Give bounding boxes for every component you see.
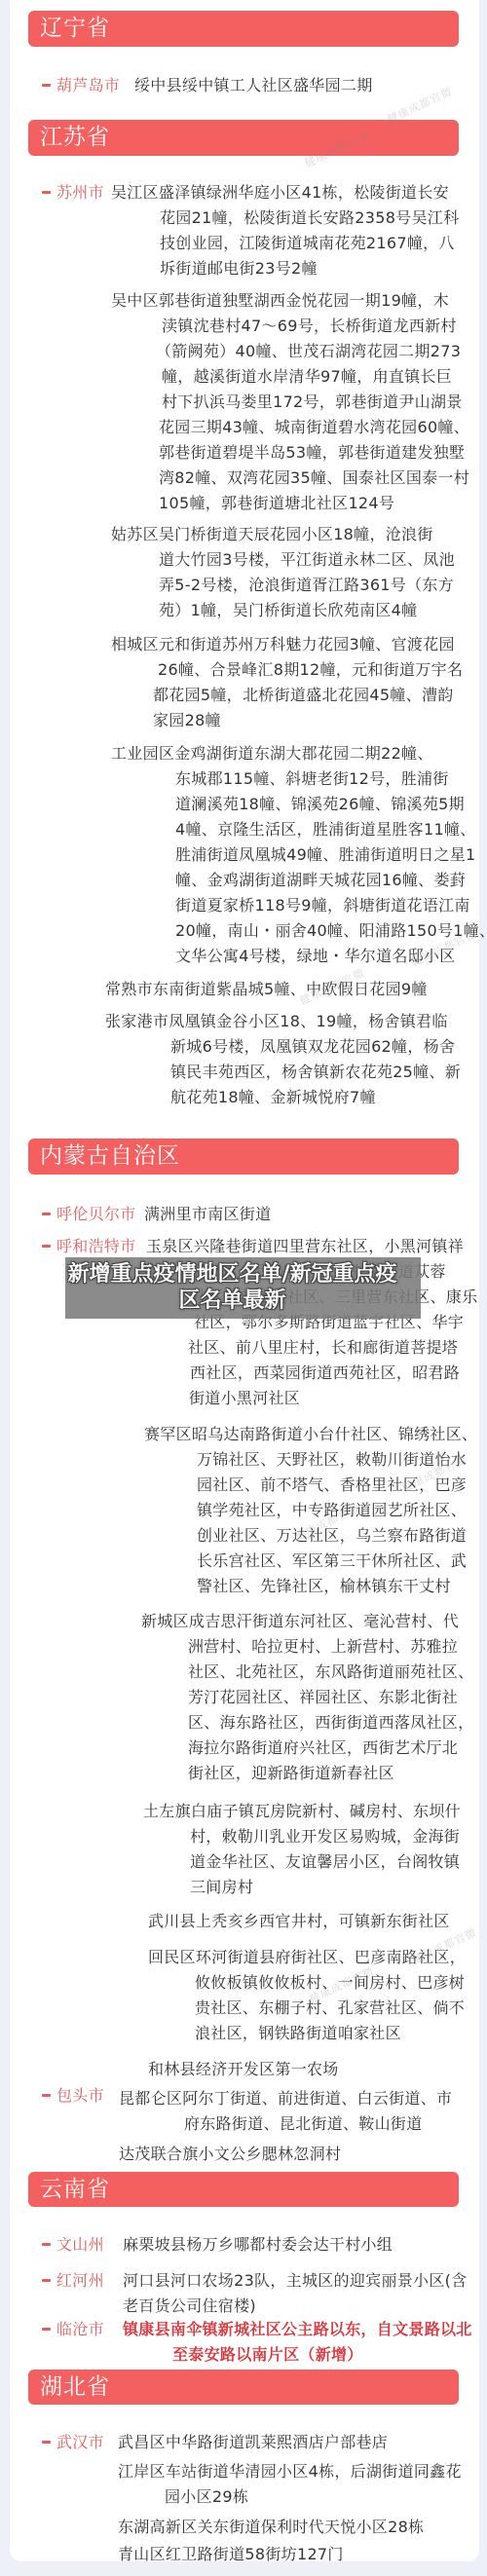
address-line: 胜浦街道凤凰城49幢、胜浦街道明日之星1 xyxy=(111,842,487,868)
address-line: 海拉尔路街道府兴社区，西街艺术厅北 xyxy=(141,1736,477,1761)
address-line: 幢、金鸡湖街道湖畔天城花园16幢、娄葑 xyxy=(111,868,487,893)
address-line: 东城郡115幢、斜塘老街12号，胜浦街 xyxy=(111,766,487,792)
address-line: 街道夏家桥118号9幢，斜塘街道花语江南 xyxy=(111,893,487,918)
title-overlay: 新增重点疫情地区名单/新冠重点疫 区名单最新 xyxy=(65,1257,421,1319)
address-list: 绥中县绥中镇工人社区盛华园二期 xyxy=(134,73,373,98)
address-entry: 工业园区金鸡湖街道东湖大郡花园二期22幢、 东城郡115幢、斜塘老街12号，胜浦… xyxy=(111,741,487,969)
city-name: 红河州 xyxy=(56,2271,104,2290)
address-line: 警社区、先锋社区，榆林镇东干丈村 xyxy=(144,1574,477,1599)
address-line: 西社区，西菜园街道西苑社区，昭君路 xyxy=(146,1361,477,1386)
address-line: 浪社区，钢铁路街道咱家社区 xyxy=(148,2021,477,2046)
address-line: 东湖高新区关东街道保利时代天悦小区28栋 xyxy=(118,2515,462,2540)
address-entry: 满洲里市南区街道 xyxy=(144,1202,271,1227)
address-line: 都花园5幢，北桥街道盛北花园45幢、漕韵 xyxy=(111,683,487,708)
address-line: 长乐宫社区、军区第三干休所社区、武 xyxy=(144,1549,477,1574)
address-line: 20幢，南山・丽舍40幢、阳浦路150号1幢、 xyxy=(111,918,487,944)
address-entry: 相城区元和街道苏州万科魅力花园3幢、官渡花园 26幢、合景峰汇8期12幢，元和街… xyxy=(111,632,487,733)
address-line: 玉泉区兴隆巷街道四里营东社区，小黑河镇祥 xyxy=(146,1234,477,1259)
address-line: 洲营村、哈拉更村、上新营村、苏雅拉 xyxy=(141,1634,477,1660)
address-line: 湾82幢、双湾花园35幢、国泰社区国泰一村 xyxy=(111,466,487,491)
address-line: 社区、北苑社区，东风路街道丽苑社区、 xyxy=(141,1660,477,1685)
address-line: 镇民丰苑西区，杨舍镇新农花苑25幢、新 xyxy=(105,1060,487,1085)
address-line: 武昌区中华路街道凯莱熙酒店户部巷店 xyxy=(118,2430,462,2455)
city-name: 呼伦贝尔市 xyxy=(56,1205,136,1223)
dash-bullet-icon xyxy=(42,1213,51,1215)
city-name: 文山州 xyxy=(56,2235,104,2254)
address-entry: 江岸区车站街道华清园小区4栋，后湖街道同鑫花 园小区29栋 xyxy=(118,2459,462,2510)
address-line: 赛罕区昭乌达南路街道小台什社区、锦绣社区、 xyxy=(144,1422,477,1447)
address-line: 花园三期43幢、城南街道碧水湾花园60幢、 xyxy=(111,415,487,440)
province-header-hubei: 湖北省 xyxy=(28,2370,459,2405)
address-line: 河口县河口农场23队，主城区的迎宾丽景小区(含 xyxy=(123,2268,468,2294)
address-line: 府东路街道、昆北街道、鞍山街道 xyxy=(119,2111,452,2137)
address-list: 武昌区中华路街道凯莱熙酒店户部巷店 江岸区车站街道华清园小区4栋，后湖街道同鑫花… xyxy=(118,2430,462,2567)
address-line: 技创业园，江陵街道城南花苑2167幢，八 xyxy=(111,231,487,256)
address-entry: 赛罕区昭乌达南路街道小台什社区、锦绣社区、 万锦社区、天野社区，敕勒川街道怡水 … xyxy=(144,1422,477,1599)
dash-bullet-icon xyxy=(42,2279,51,2282)
address-entry: 东湖高新区关东街道保利时代天悦小区28栋 xyxy=(118,2515,462,2540)
city-label: 呼伦贝尔市 xyxy=(42,1202,136,1227)
address-line: 道大竹园3号楼，平江街道永林二区、凤池 xyxy=(111,547,487,573)
address-line: 村，敕勒川乳业开发区易购城，金海街 xyxy=(143,1824,477,1849)
address-line: 26幢、合景峰汇8期12幢，元和街道万宇名 xyxy=(111,657,487,683)
address-entry: 和林县经济开发区第一农场 xyxy=(148,2057,477,2082)
address-line: 渎镇沈巷村47～69号，长桥街道龙西新村 xyxy=(111,314,487,339)
address-entry: 青山区红卫路街道58街坊127门 xyxy=(118,2542,462,2567)
address-line: 昆都仑区阿尔丁街道、前进街道、白云街道、市 xyxy=(119,2086,452,2111)
address-line: 社区、前八里庄村，长和廊街道菩提塔 xyxy=(146,1335,477,1361)
address-line: 满洲里市南区街道 xyxy=(144,1202,271,1227)
city-label: 红河州 xyxy=(42,2268,104,2294)
dash-bullet-icon xyxy=(42,84,51,87)
address-line: 花园21幢，松陵街道长安路2358号吴江科 xyxy=(111,205,487,231)
address-line: 道澜溪苑18幢、锦溪苑26幢、锦溪苑5期 xyxy=(111,792,487,817)
address-line: 青山区红卫路街道58街坊127门 xyxy=(118,2542,462,2567)
address-entry: 河口县河口农场23队，主城区的迎宾丽景小区(含 老百货公司住宿楼) xyxy=(123,2268,468,2319)
city-name: 包头市 xyxy=(56,2086,104,2105)
address-line: 芳汀花园社区、祥园社区、东影北街社 xyxy=(141,1685,477,1710)
address-line: 4幢、京隆生活区，胜浦街道星胜客11幢、 xyxy=(111,817,487,842)
city-name: 呼和浩特市 xyxy=(56,1237,136,1255)
city-label: 临沧市 xyxy=(42,2317,104,2342)
address-entry: 吴中区郭巷街道独墅湖西金悦花园一期19幢，木 渎镇沈巷村47～69号，长桥街道龙… xyxy=(111,288,487,516)
address-entry: 土左旗白庙子镇瓦房院新村、碱房村、东坝什 村，敕勒川乳业开发区易购城，金海街 道… xyxy=(143,1799,477,1900)
city-label: 文山州 xyxy=(42,2232,104,2258)
city-label: 苏州市 xyxy=(42,180,104,205)
address-line: 常熟市东南街道紫晶城5幢、中欧假日花园9幢 xyxy=(105,977,487,1002)
city-name: 葫芦岛市 xyxy=(56,76,120,94)
address-line: 工业园区金鸡湖街道东湖大郡花园二期22幢、 xyxy=(111,741,487,766)
city-label: 呼和浩特市 xyxy=(42,1234,136,1259)
address-line: 弄5-2号楼，沧浪街道胥江路361号（东方 xyxy=(111,573,487,598)
address-line: 苑）1幢，吴门桥街道长欣苑南区4幢 xyxy=(111,598,487,623)
address-line: 家园28幢 xyxy=(111,708,487,733)
dash-bullet-icon xyxy=(42,2328,51,2331)
address-line: 土左旗白庙子镇瓦房院新村、碱房村、东坝什 xyxy=(143,1799,477,1824)
city-name: 武汉市 xyxy=(56,2433,104,2451)
address-line: 三间房村 xyxy=(143,1875,477,1900)
address-line: 镇学苑社区，中专路街道园艺所社区、 xyxy=(144,1498,477,1523)
address-line: 航花苑18幢、金新城悦府7幢 xyxy=(105,1085,487,1110)
address-line: 新城6号楼，凤凰镇双龙花园62幢，杨舍 xyxy=(105,1034,487,1060)
dash-bullet-icon xyxy=(42,2441,51,2444)
address-entry: 麻栗坡县杨万乡哪都村委会达干村小组 xyxy=(123,2232,393,2258)
overlay-title-line: 新增重点疫情地区名单/新冠重点疫 xyxy=(65,1261,399,1288)
address-line: 老百货公司住宿楼) xyxy=(123,2294,468,2319)
city-label: 包头市 xyxy=(42,2083,104,2109)
address-line: 相城区元和街道苏州万科魅力花园3幢、官渡花园 xyxy=(111,632,487,657)
address-entry: 新城区成吉思汗街道东河社区、毫沁营村、代 洲营村、哈拉更村、上新营村、苏雅拉 社… xyxy=(141,1609,477,1786)
address-line: 郭巷街道碧堤半岛53幢，郭巷街道建发独墅 xyxy=(111,440,487,466)
address-entry: 张家港市凤凰镇金谷小区18、19幢，杨舍镇君临 新城6号楼，凤凰镇双龙花园62幢… xyxy=(105,1009,487,1110)
address-line: 吴中区郭巷街道独墅湖西金悦花园一期19幢，木 xyxy=(111,288,487,314)
address-line: 武川县上秃亥乡西官井村，可镇新东街社区 xyxy=(148,1909,477,1934)
address-list: 河口县河口农场23队，主城区的迎宾丽景小区(含 老百货公司住宿楼) xyxy=(123,2268,468,2319)
address-line: 105幢，郭巷街道塘北社区124号 xyxy=(111,491,487,516)
address-line: 道金华社区、友谊馨居小区，台阁牧镇 xyxy=(143,1849,477,1875)
address-entry: 达茂联合旗小文公乡腮林忽洞村 xyxy=(119,2142,452,2167)
address-line: 区、海东路社区，西街街道西落凤社区， xyxy=(141,1710,477,1736)
province-header-yunnan: 云南省 xyxy=(28,2172,459,2207)
address-line: 镇康县南伞镇新城社区公主路以东，自文景路以北 xyxy=(123,2317,472,2342)
address-line: 村下扒浜马娄里172号，郭巷街道尹山湖景 xyxy=(111,390,487,415)
address-line: 姑苏区吴门桥街道天辰花园小区18幢，沧浪街 xyxy=(111,522,487,547)
address-line: 幢，越溪街道水岸清华97幢，甪直镇长巨 xyxy=(111,364,487,390)
address-entry: 绥中县绥中镇工人社区盛华园二期 xyxy=(134,73,373,98)
city-name: 临沧市 xyxy=(56,2320,104,2338)
dash-bullet-icon xyxy=(42,2243,51,2246)
address-list: 吴江区盛泽镇绿洲华庭小区41栋，松陵街道长安 花园21幢，松陵街道长安路2358… xyxy=(111,180,487,1110)
city-label: 武汉市 xyxy=(42,2430,104,2455)
address-line: （箭阙苑）40幢、世茂石湖湾花园二期273 xyxy=(111,339,487,364)
address-list: 满洲里市南区街道 xyxy=(144,1202,271,1227)
address-line: 坼街道邮电街23号2幢 xyxy=(111,256,487,281)
address-entry: 吴江区盛泽镇绿洲华庭小区41栋，松陵街道长安 花园21幢，松陵街道长安路2358… xyxy=(111,180,487,281)
address-line: 街道小黑河社区 xyxy=(146,1386,477,1411)
province-header-inner-mongolia: 内蒙古自治区 xyxy=(28,1139,459,1175)
dash-bullet-icon xyxy=(42,1245,51,1248)
address-list-highlighted: 镇康县南伞镇新城社区公主路以东，自文景路以北 至泰安路以南片区（新增） xyxy=(123,2317,472,2368)
address-list: 昆都仑区阿尔丁街道、前进街道、白云街道、市 府东路街道、昆北街道、鞍山街道 达茂… xyxy=(119,2086,452,2167)
address-line: 园小区29栋 xyxy=(118,2484,462,2510)
address-entry: 武昌区中华路街道凯莱熙酒店户部巷店 xyxy=(118,2430,462,2455)
address-list: 麻栗坡县杨万乡哪都村委会达干村小组 xyxy=(123,2232,393,2258)
city-name: 苏州市 xyxy=(56,183,104,202)
overlay-title-line: 区名单最新 xyxy=(65,1288,399,1314)
address-line: 达茂联合旗小文公乡腮林忽洞村 xyxy=(119,2142,452,2167)
address-entry: 昆都仑区阿尔丁街道、前进街道、白云街道、市 府东路街道、昆北街道、鞍山街道 xyxy=(119,2086,452,2137)
address-line: 绥中县绥中镇工人社区盛华园二期 xyxy=(134,73,373,98)
city-label: 葫芦岛市 xyxy=(42,73,120,98)
address-line: 吴江区盛泽镇绿洲华庭小区41栋，松陵街道长安 xyxy=(111,180,487,205)
address-line: 张家港市凤凰镇金谷小区18、19幢，杨舍镇君临 xyxy=(105,1009,487,1034)
address-line: 至泰安路以南片区（新增） xyxy=(123,2342,472,2368)
dash-bullet-icon xyxy=(42,191,51,194)
address-line: 街社区，迎新路街道新春社区 xyxy=(141,1761,477,1786)
address-line: 新城区成吉思汗街道东河社区、毫沁营村、代 xyxy=(141,1609,477,1634)
address-line: 麻栗坡县杨万乡哪都村委会达干村小组 xyxy=(123,2232,393,2258)
address-entry-new: 镇康县南伞镇新城社区公主路以东，自文景路以北 至泰安路以南片区（新增） xyxy=(123,2317,472,2368)
address-entry: 常熟市东南街道紫晶城5幢、中欧假日花园9幢 xyxy=(105,977,487,1002)
address-entry: 武川县上秃亥乡西官井村，可镇新东街社区 xyxy=(148,1909,477,1934)
address-line: 和林县经济开发区第一农场 xyxy=(148,2057,477,2082)
province-header-liaoning: 辽宁省 xyxy=(28,11,459,47)
address-entry: 姑苏区吴门桥街道天辰花园小区18幢，沧浪街 道大竹园3号楼，平江街道永林二区、凤… xyxy=(111,522,487,623)
dash-bullet-icon xyxy=(42,2094,51,2097)
address-line: 江岸区车站街道华清园小区4栋，后湖街道同鑫花 xyxy=(118,2459,462,2484)
